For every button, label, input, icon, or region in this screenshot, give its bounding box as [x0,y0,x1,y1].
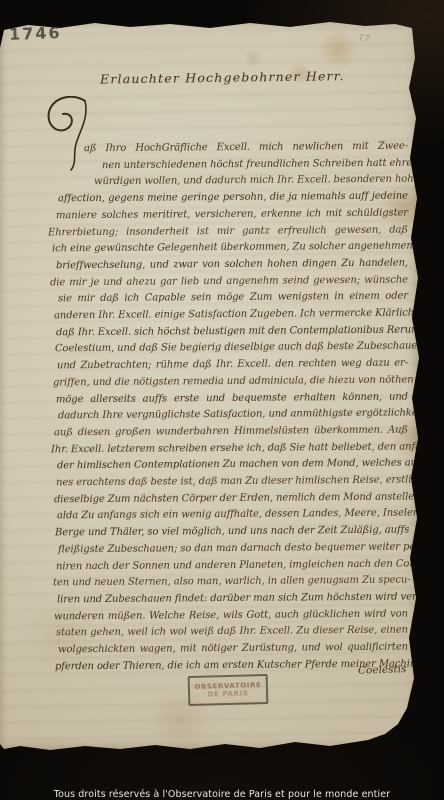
manuscript-line: möge allerseits auffs erste und bequemst… [56,391,408,406]
manuscript-line: wunderen müßen. Welche Reise, wils Gott,… [54,608,408,623]
manuscript-line: brieffwechselung, und zwar von solchen h… [56,258,408,273]
salutation-heading: Erlauchter Hochgebohrner Herr. [100,68,330,86]
calligraphic-initial-icon [44,96,90,178]
manuscript-line: daß Ihr. Excell. sich höchst belustigen … [56,324,408,339]
manuscript-line: wolgeschickten wagen, mit nötiger Zurüst… [58,642,408,657]
manuscript-line: würdigen wollen, und dadurch mich Ihr. E… [94,174,408,188]
manuscript-line: fleißigste Zubeschauen; so dan man darna… [58,541,408,556]
manuscript-line: Berge und Thäler, so viel möglich, und u… [55,525,408,540]
manuscript-line: anderen Ihr. Excell. einige Satisfaction… [54,308,408,323]
manuscript-line: nen unterschiedenen höchst freundlichen … [102,157,408,171]
manuscript-line: pferden oder Thieren, die ich am ersten … [55,658,408,673]
manuscript-line: staten gehen, weil ich wol weiß daß Ihr.… [56,625,408,640]
manuscript-line: griffen, und die nötigsten remedia und a… [53,374,408,389]
manuscript-line: die mir je und ahezu gar lieb und angene… [50,274,408,289]
manuscript-line: auß diesen großen wunderbahren Himmelslü… [54,425,408,440]
manuscript-line: der himlischen Contemplationen Zu machen… [57,458,408,473]
manuscript-line: dieselbige Zum nächsten Cörper der Erden… [54,491,408,506]
stamp-line-2: DE PARIS [208,689,249,699]
manuscript-line: nes erachtens daß beste ist, daß man Zu … [56,475,408,490]
manuscript-line: ten und neuen Sternen, also man, warlich… [53,575,408,590]
manuscript-line: alda Zu anfangs sich ein wenig auffhalte… [57,508,408,523]
manuscript-line: Ehrerbietung; insonderheit ist mir gantz… [48,224,408,239]
manuscript-line: und Zubetrachten; rühme daß Ihr. Excell.… [57,358,408,373]
manuscript-line: maniere solches meritiret, versicheren, … [56,207,408,222]
manuscript-line: niren nach der Sonnen und anderen Planet… [56,558,408,573]
manuscript-line: dadurch Ihre vergnüglichste Satisfaction… [58,408,408,423]
year-annotation: 1746 [9,23,62,44]
pencil-folio-mark: 17 [357,33,370,45]
manuscript-line: Coelestium, und daß Sie begierig dieselb… [55,341,408,356]
manuscript-line: ich eine gewünschte Gelegenheit überkomm… [52,241,408,256]
archive-scan-viewer: 1746 17 Erlauchter Hochgebohrner Herr. a… [0,0,444,800]
signature-word: Coelestis [358,663,407,677]
manuscript-line: liren und Zubeschauen findet: darüber ma… [57,592,408,607]
copyright-bar: Tous droits réservés à l'Observatoire de… [0,782,444,800]
manuscript-line: aß Ihro HochGräfliche Excell. mich newli… [84,141,408,156]
manuscript-line: sie mir daß ich Capable sein möge Zum we… [58,291,408,306]
copyright-text: Tous droits réservés à l'Observatoire de… [54,789,390,800]
manuscript-line: affection, gegens meine geringe persohn,… [58,191,408,206]
manuscript-line: Ihr. Excell. letzterem schreiben ersehe … [51,441,408,456]
manuscript-page: 1746 17 Erlauchter Hochgebohrner Herr. a… [0,18,422,752]
observatory-stamp: OBSERVATOIRE DE PARIS [188,674,269,706]
